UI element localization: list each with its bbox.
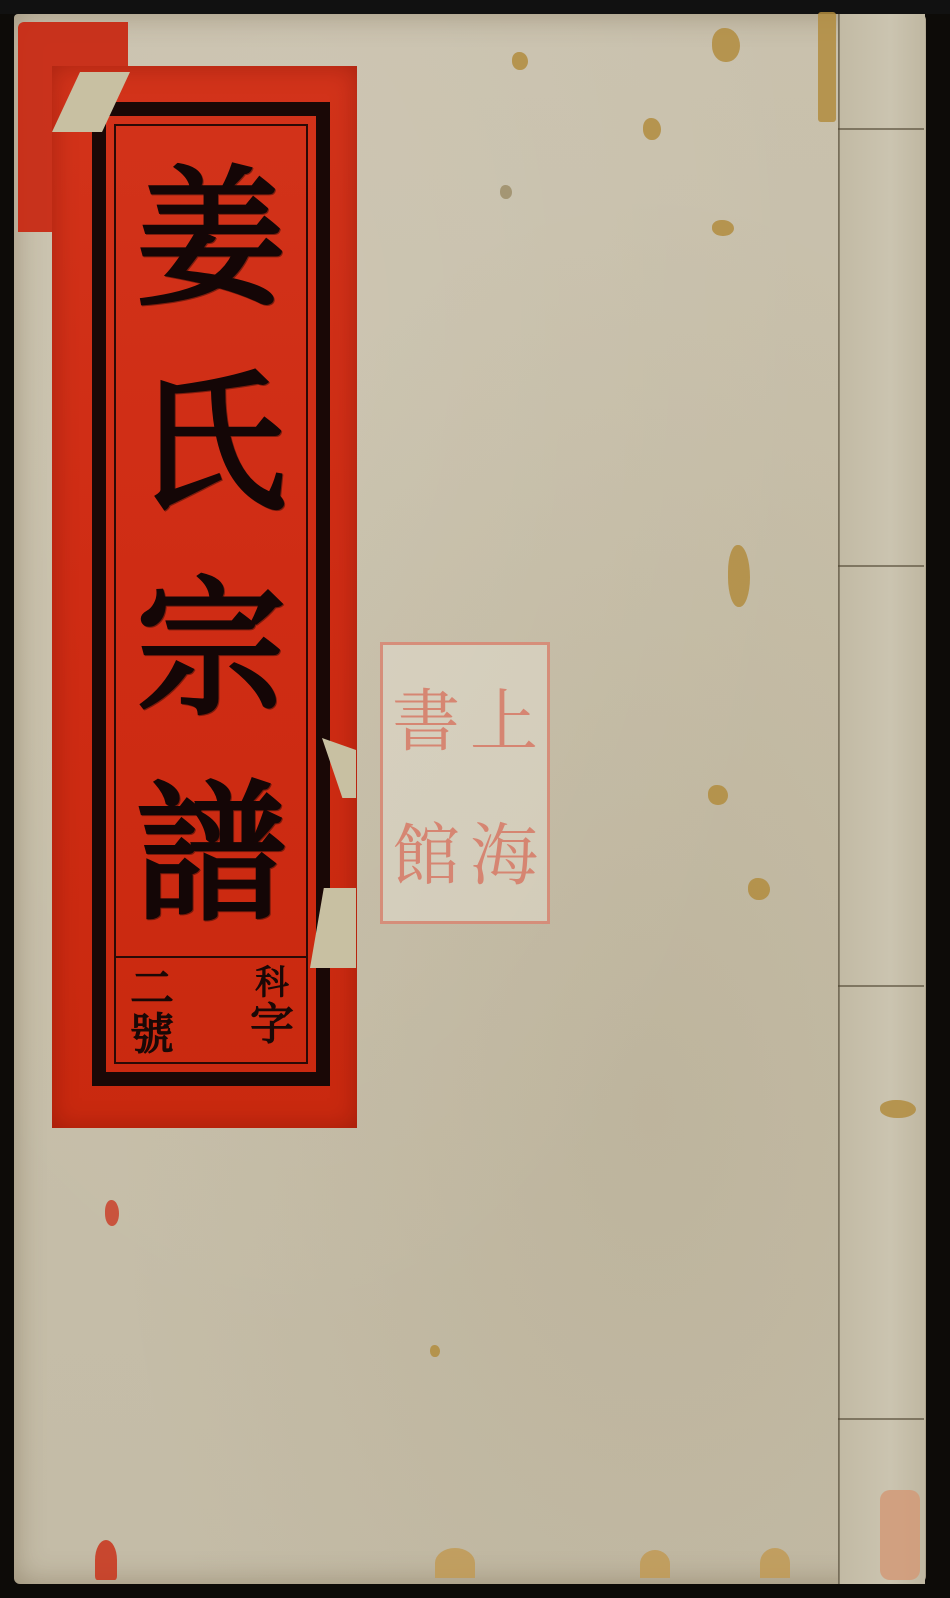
stain: [708, 785, 728, 805]
series-char-2: 字: [250, 1002, 294, 1048]
series-char-1: 科: [255, 966, 289, 1002]
title-label: 姜 氏 宗 譜 二 號 科 字: [52, 66, 357, 1128]
stain: [728, 545, 750, 607]
stain: [640, 1550, 670, 1578]
title-char-4: 譜: [136, 779, 286, 929]
volume-char-1: 二: [130, 966, 174, 1012]
stain: [748, 878, 770, 900]
seal-char-hai: 海: [467, 785, 541, 915]
scan-top-edge: [0, 0, 950, 14]
stain: [880, 1490, 920, 1580]
stain: [430, 1345, 440, 1357]
stain: [760, 1548, 790, 1578]
label-divider: [114, 956, 308, 958]
stain: [512, 52, 528, 70]
stain: [105, 1200, 119, 1226]
binding-spine: [838, 14, 925, 1584]
volume-number: 二 號: [122, 966, 182, 1058]
scan-bottom-edge: [0, 1584, 950, 1598]
stain: [712, 220, 734, 236]
title-char-1: 姜: [136, 164, 286, 314]
title-column: 姜 氏 宗 譜: [114, 136, 308, 956]
stain: [500, 185, 512, 199]
volume-char-2: 號: [130, 1012, 174, 1058]
stain: [643, 118, 661, 140]
binding-stitch-bottom: [838, 1418, 924, 1420]
binding-stitch-lower: [838, 985, 924, 987]
spine-fold-line: [838, 14, 840, 1584]
binding-stitch-upper: [838, 565, 924, 567]
title-char-3: 宗: [136, 574, 286, 724]
seal-char-guan: 館: [389, 785, 463, 915]
stain: [880, 1100, 916, 1118]
stain: [818, 12, 836, 122]
title-char-2: 氏: [136, 369, 286, 519]
series-mark: 科 字: [242, 966, 302, 1048]
stain: [435, 1548, 475, 1578]
seal-char-shu: 書: [389, 651, 463, 781]
stain: [712, 28, 740, 62]
library-seal: 書 上 館 海: [380, 642, 550, 924]
seal-char-shang: 上: [467, 651, 541, 781]
binding-stitch-top: [838, 128, 924, 130]
stain: [95, 1540, 117, 1580]
